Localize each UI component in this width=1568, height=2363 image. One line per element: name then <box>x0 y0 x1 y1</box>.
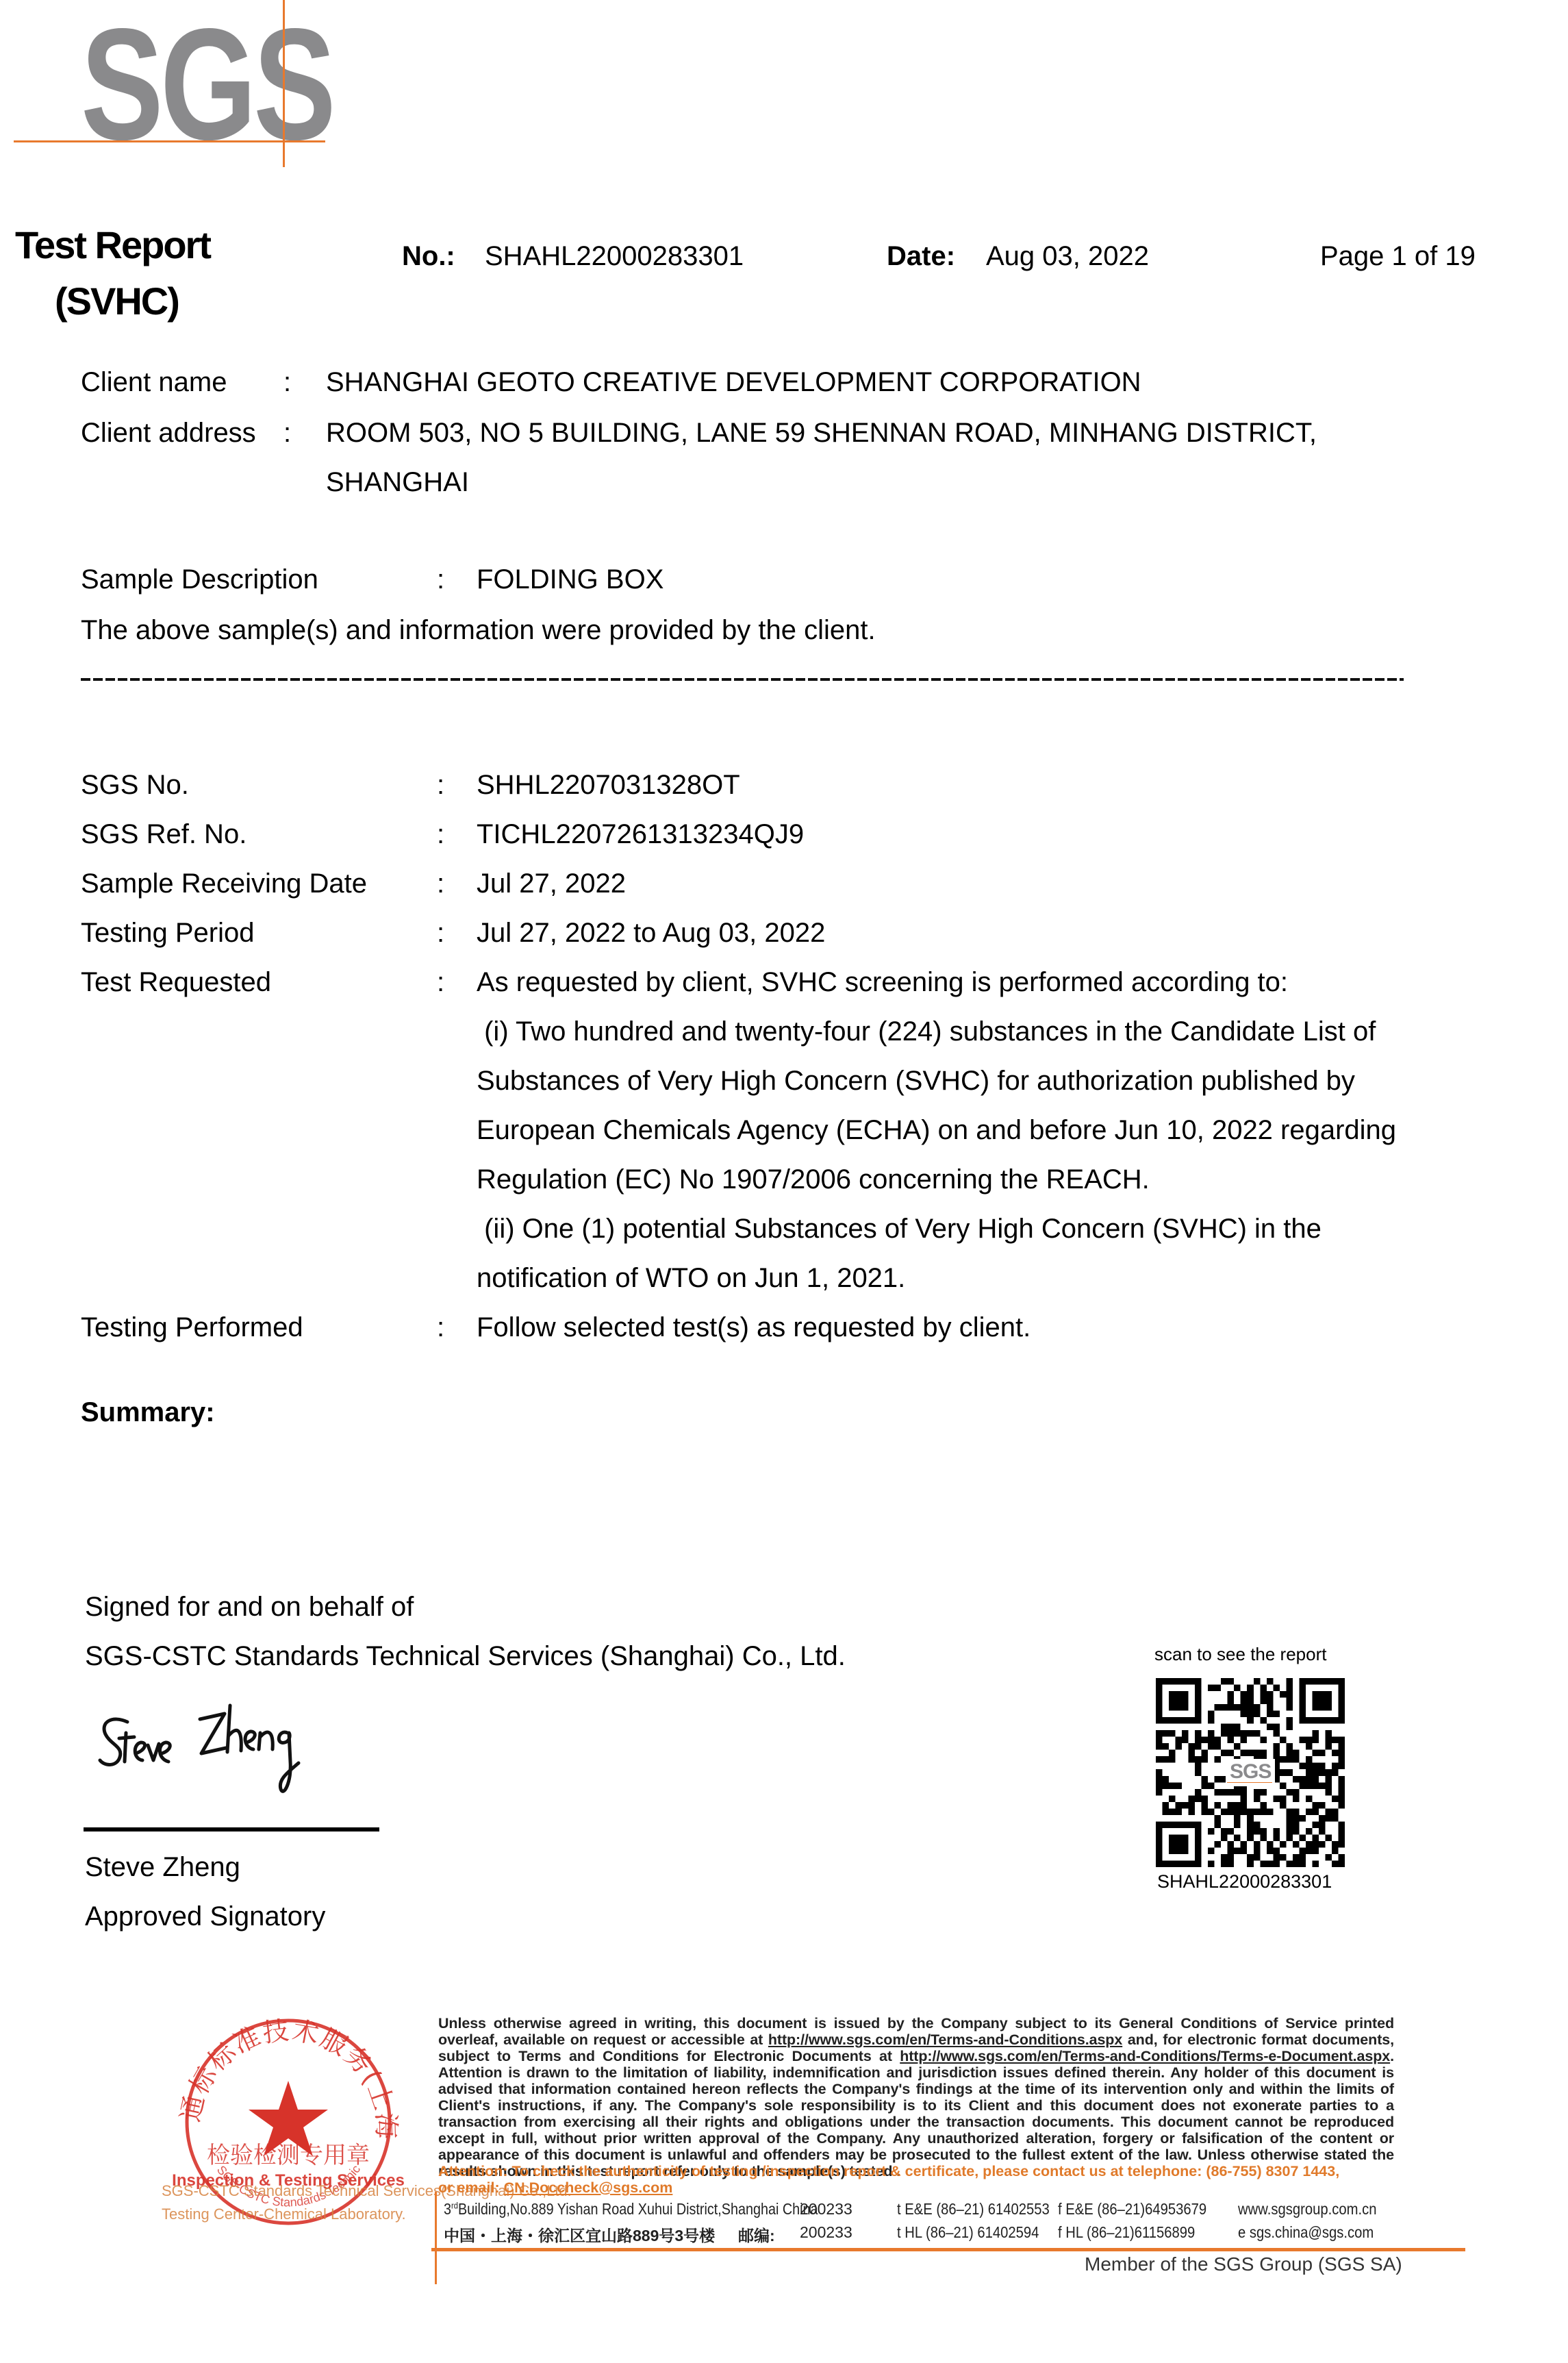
colon: : <box>437 566 444 593</box>
tel-hl: t HL (86–21) 61402594 <box>897 2223 1039 2242</box>
footer-vertical-rule <box>435 2192 437 2284</box>
test-requested-line: European Chemicals Agency (ECHA) on and … <box>477 1116 1396 1144</box>
client-name-value: SHANGHAI GEOTO CREATIVE DEVELOPMENT CORP… <box>326 368 1141 396</box>
test-requested-line: Regulation (EC) No 1907/2006 concerning … <box>477 1166 1150 1193</box>
fax-hl: f HL (86–21)61156899 <box>1058 2223 1195 2242</box>
official-stamp: 通标标准技术服务(上海)有限公司 检验检测专用章 Inspection & Te… <box>162 2012 415 2259</box>
testing-performed-value: Follow selected test(s) as requested by … <box>477 1314 1030 1341</box>
report-number: SHAHL22000283301 <box>485 241 744 272</box>
colon: : <box>437 870 444 897</box>
member-of-sgs-group: Member of the SGS Group (SGS SA) <box>1085 2253 1402 2275</box>
signed-for-text: Signed for and on behalf of <box>85 1593 414 1621</box>
sample-provided-note: The above sample(s) and information were… <box>81 616 876 644</box>
report-subtitle: (SVHC) <box>55 282 179 321</box>
legal-disclaimer: Unless otherwise agreed in writing, this… <box>438 2015 1394 2179</box>
detail-value: Jul 27, 2022 <box>477 870 626 897</box>
qr-caption: scan to see the report <box>1154 1644 1326 1665</box>
postcode-english: 200233 <box>800 2200 852 2218</box>
doccheck-email-link[interactable]: CN.Doccheck@sgs.com <box>504 2179 673 2196</box>
authenticity-email-line: or email: CN.Doccheck@sgs.com <box>438 2179 672 2196</box>
colon: : <box>437 821 444 848</box>
colon: : <box>437 1314 444 1341</box>
website-link[interactable]: www.sgsgroup.com.cn <box>1238 2200 1376 2218</box>
colon: : <box>437 771 444 799</box>
tel-ee: t E&E (86–21) 61402553 <box>897 2200 1050 2218</box>
sample-description-value: FOLDING BOX <box>477 566 663 593</box>
qr-code-number: SHAHL22000283301 <box>1157 1871 1332 1892</box>
postcode-chinese-label: 邮编: <box>738 2223 775 2246</box>
colon: : <box>437 919 444 947</box>
client-address-label: Client address <box>81 419 256 447</box>
date-label: Date: <box>887 241 955 272</box>
colon: : <box>437 968 444 996</box>
report-title: Test Report <box>15 226 210 264</box>
qr-code[interactable]: SGS <box>1156 1678 1345 1867</box>
detail-value: Jul 27, 2022 to Aug 03, 2022 <box>477 919 825 947</box>
logo-horizontal-rule <box>14 140 325 142</box>
detail-label: Testing Period <box>81 919 254 947</box>
footer-rule <box>431 2248 1465 2251</box>
testing-performed-label: Testing Performed <box>81 1314 303 1341</box>
terms-link[interactable]: http://www.sgs.com/en/Terms-and-Conditio… <box>768 2031 1122 2048</box>
report-number-label: No.: <box>402 241 455 272</box>
test-requested-line: (i) Two hundred and twenty-four (224) su… <box>477 1018 1376 1045</box>
e-document-terms-link[interactable]: http://www.sgs.com/en/Terms-and-Conditio… <box>900 2048 1390 2064</box>
address-chinese: 中国・上海・徐汇区宜山路889号3号楼 <box>444 2223 715 2246</box>
detail-value: SHHL2207031328OT <box>477 771 740 799</box>
signature-icon <box>85 1679 379 1810</box>
signatory-name: Steve Zheng <box>85 1853 240 1881</box>
svg-text:检验检测专用章: 检验检测专用章 <box>207 2142 370 2169</box>
detail-label: Test Requested <box>81 968 271 996</box>
postcode-chinese: 200233 <box>800 2223 852 2242</box>
authenticity-attention: Attention: To check the authenticity of … <box>438 2163 1339 2179</box>
detail-value: TICHL2207261313234QJ9 <box>477 821 804 848</box>
test-requested-line: (ii) One (1) potential Substances of Ver… <box>477 1215 1322 1242</box>
qr-center-logo: SGS <box>1226 1759 1275 1786</box>
logo-vertical-rule <box>283 0 285 167</box>
dashed-divider <box>81 678 1404 681</box>
signatory-title: Approved Signatory <box>85 1903 325 1930</box>
sgs-logo: SGS <box>0 0 383 171</box>
signature-line <box>84 1827 379 1831</box>
detail-label: SGS No. <box>81 771 189 799</box>
stamp-caption-line2: Testing Center-Chemical Laboratory. <box>162 2205 406 2223</box>
client-address-line2: SHANGHAI <box>326 468 469 496</box>
client-address-line1: ROOM 503, NO 5 BUILDING, LANE 59 SHENNAN… <box>326 419 1317 447</box>
sample-description-label: Sample Description <box>81 566 318 593</box>
fax-ee: f E&E (86–21)64953679 <box>1058 2200 1206 2218</box>
client-name-label: Client name <box>81 368 227 396</box>
colon: : <box>283 419 291 447</box>
detail-label: Sample Receiving Date <box>81 870 367 897</box>
test-requested-line: notification of WTO on Jun 1, 2021. <box>477 1264 905 1292</box>
test-requested-line: Substances of Very High Concern (SVHC) f… <box>477 1067 1355 1095</box>
contact-email[interactable]: e sgs.china@sgs.com <box>1238 2223 1374 2242</box>
summary-heading: Summary: <box>81 1399 215 1426</box>
page-indicator: Page 1 of 19 <box>1320 241 1476 272</box>
signing-company: SGS-CSTC Standards Technical Services (S… <box>85 1642 846 1670</box>
detail-label: SGS Ref. No. <box>81 821 246 848</box>
report-date: Aug 03, 2022 <box>986 241 1149 272</box>
address-english: 3rdBuilding,No.889 Yishan Road Xuhui Dis… <box>444 2200 818 2218</box>
colon: : <box>283 368 291 396</box>
detail-value: As requested by client, SVHC screening i… <box>477 968 1288 996</box>
handwritten-signature <box>85 1679 379 1810</box>
